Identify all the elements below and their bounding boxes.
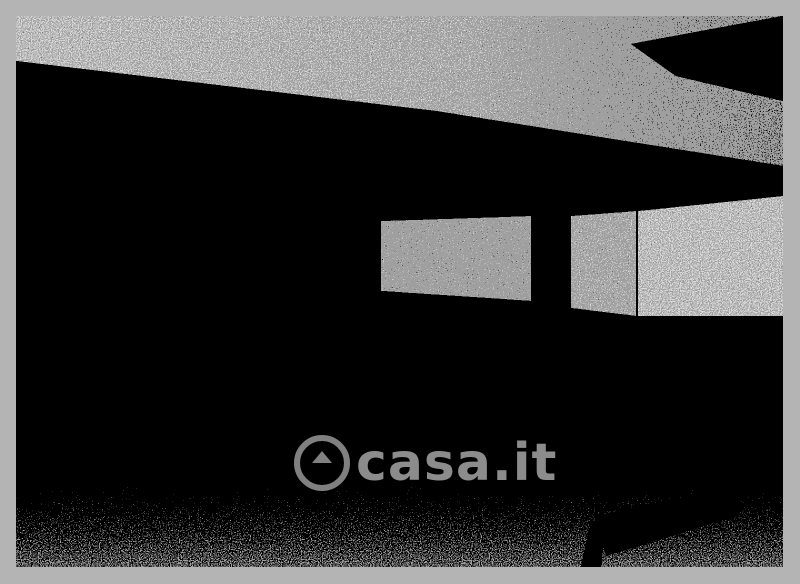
interior-scene	[16, 16, 783, 567]
listing-photo: casa.it	[16, 16, 783, 567]
